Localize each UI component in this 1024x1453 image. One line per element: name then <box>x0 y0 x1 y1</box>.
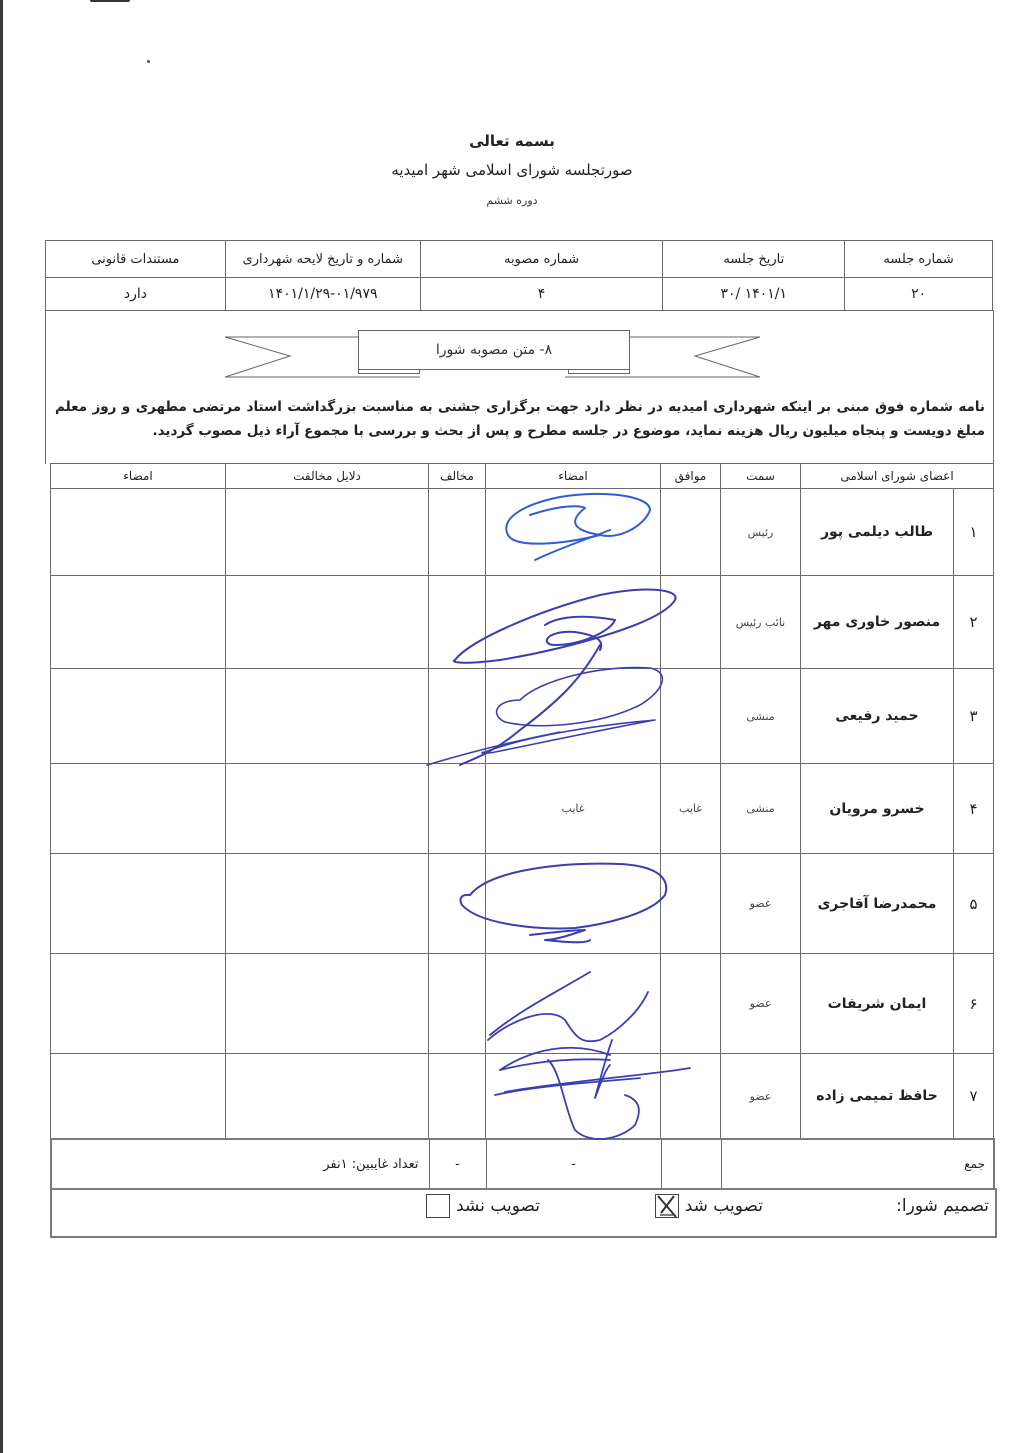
agree-cell-absent: غایب <box>661 764 721 854</box>
totals-table: جمع - - تعداد غايبين: ۱نفر <box>50 1138 995 1190</box>
absent-count: تعداد غايبين: ۱نفر <box>51 1139 429 1189</box>
signature-cell-absent: غایب <box>486 764 661 854</box>
rejected-checkbox[interactable] <box>426 1194 450 1218</box>
header-disagree-reasons: دلایل مخالفت <box>226 464 429 489</box>
member-row: ۶ ایمان شریفات عضو <box>51 954 994 1054</box>
member-role: عضو <box>721 854 801 954</box>
votes-header-row: اعضای شورای اسلامی سمت موافق امضاء مخالف… <box>51 464 994 489</box>
scan-speck <box>147 60 150 63</box>
disagree-cell <box>429 854 486 954</box>
option-rejected[interactable]: تصویب نشد <box>426 1194 540 1218</box>
agree-cell <box>661 1054 721 1139</box>
signature-cell <box>486 854 661 954</box>
disagree-cell <box>429 669 486 764</box>
header-members: اعضای شورای اسلامی <box>801 464 994 489</box>
member-number: ۴ <box>954 764 994 854</box>
signature-2-cell <box>51 576 226 669</box>
member-number: ۲ <box>954 576 994 669</box>
signature-cell <box>486 1054 661 1139</box>
option-approved[interactable]: تصویب شد <box>655 1194 763 1218</box>
session-date: ۱۴۰۱/۱ /۳۰ <box>663 278 845 311</box>
member-name: حمید رفیعی <box>801 669 954 764</box>
total-label: جمع <box>721 1139 994 1189</box>
member-number: ۷ <box>954 1054 994 1139</box>
meta-header-legal-basis: مستندات قانونی <box>46 241 226 278</box>
member-role: منشی <box>721 669 801 764</box>
totals-row: جمع - - تعداد غايبين: ۱نفر <box>51 1139 994 1189</box>
member-role: عضو <box>721 954 801 1054</box>
signature-2-cell <box>51 669 226 764</box>
disagree-reasons-cell <box>226 1054 429 1139</box>
disagree-reasons-cell <box>226 669 429 764</box>
member-name: محمدرضا آقاجری <box>801 854 954 954</box>
section-title: ۸- متن مصوبه شورا <box>358 330 630 370</box>
disagree-cell <box>429 489 486 576</box>
header-signature: امضاء <box>486 464 661 489</box>
member-row: ۵ محمدرضا آقاجری عضو <box>51 854 994 954</box>
meta-header-session-number: شماره جلسه <box>845 241 993 278</box>
option-approved-label: تصویب شد <box>685 1196 763 1216</box>
term-label: دوره ششم <box>0 194 1024 207</box>
disagree-reasons-cell <box>226 489 429 576</box>
disagree-cell <box>429 954 486 1054</box>
signature-2-cell <box>51 489 226 576</box>
meta-value-row: ۲۰ ۱۴۰۱/۱ /۳۰ ۴ ۱۴۰۱/۱/۲۹-۰۱/۹۷۹ دارد <box>46 278 993 311</box>
invocation-heading: بسمه تعالی <box>0 132 1024 150</box>
member-name: حافظ تمیمی زاده <box>801 1054 954 1139</box>
option-rejected-label: تصویب نشد <box>456 1196 540 1216</box>
approved-checkbox[interactable] <box>655 1194 679 1218</box>
signature-2-cell <box>51 854 226 954</box>
member-name: ایمان شریفات <box>801 954 954 1054</box>
disagree-reasons-cell <box>226 954 429 1054</box>
agree-cell <box>661 576 721 669</box>
disagree-total: - <box>429 1139 486 1189</box>
meta-header-session-date: تاریخ جلسه <box>663 241 845 278</box>
council-votes-table: اعضای شورای اسلامی سمت موافق امضاء مخالف… <box>50 463 994 1139</box>
agree-cell <box>661 489 721 576</box>
header-role: سمت <box>721 464 801 489</box>
agree-cell <box>661 954 721 1054</box>
member-number: ۱ <box>954 489 994 576</box>
member-number: ۶ <box>954 954 994 1054</box>
member-row: ۷ حافظ تمیمی زاده عضو <box>51 1054 994 1139</box>
signature-cell <box>486 489 661 576</box>
member-row: ۳ حمید رفیعی منشی <box>51 669 994 764</box>
signature-cell <box>486 669 661 764</box>
member-number: ۳ <box>954 669 994 764</box>
document-title: صورتجلسه شورای اسلامی شهر امیدیه <box>0 161 1024 179</box>
meta-header-resolution-number: شماره مصوبه <box>420 241 663 278</box>
section-banner: ۸- متن مصوبه شورا <box>220 325 765 383</box>
member-role: رئیس <box>721 489 801 576</box>
checked-x-icon <box>654 1193 680 1219</box>
decision-label: تصمیم شورا: <box>896 1196 989 1216</box>
council-decision: تصمیم شورا: تصویب شد تصویب نشد <box>50 1188 997 1238</box>
signature-cell <box>486 954 661 1054</box>
member-role: نائب رئیس <box>721 576 801 669</box>
signature-2-cell <box>51 954 226 1054</box>
legal-basis: دارد <box>46 278 226 311</box>
member-number: ۵ <box>954 854 994 954</box>
disagree-cell <box>429 764 486 854</box>
disagree-cell <box>429 1054 486 1139</box>
page-scan-mark <box>90 0 130 2</box>
resolution-text: نامه شماره فوق مبنی بر اینکه شهرداری امی… <box>55 395 985 443</box>
disagree-reasons-cell <box>226 854 429 954</box>
member-name: منصور خاوری مهر <box>801 576 954 669</box>
agree-total <box>661 1139 721 1189</box>
signature-2-cell <box>51 1054 226 1139</box>
signature-total: - <box>486 1139 661 1189</box>
session-number: ۲۰ <box>845 278 993 311</box>
member-name: طالب دیلمی پور <box>801 489 954 576</box>
member-name: خسرو مرویان <box>801 764 954 854</box>
header-disagree: مخالف <box>429 464 486 489</box>
resolution-number: ۴ <box>420 278 663 311</box>
meta-header-row: شماره جلسه تاریخ جلسه شماره مصوبه شماره … <box>46 241 993 278</box>
session-meta-table: شماره جلسه تاریخ جلسه شماره مصوبه شماره … <box>45 240 993 311</box>
disagree-reasons-cell <box>226 764 429 854</box>
signature-2-cell <box>51 764 226 854</box>
disagree-reasons-cell <box>226 576 429 669</box>
disagree-cell <box>429 576 486 669</box>
member-row: ۲ منصور خاوری مهر نائب رئیس <box>51 576 994 669</box>
header-agree: موافق <box>661 464 721 489</box>
page-scan-edge <box>0 0 3 1453</box>
signature-cell <box>486 576 661 669</box>
member-role: منشی <box>721 764 801 854</box>
meta-header-bill-number-date: شماره و تاریخ لایحه شهرداری <box>225 241 420 278</box>
agree-cell <box>661 669 721 764</box>
bill-number-date: ۱۴۰۱/۱/۲۹-۰۱/۹۷۹ <box>225 278 420 311</box>
header-signature-2: امضاء <box>51 464 226 489</box>
agree-cell <box>661 854 721 954</box>
member-role: عضو <box>721 1054 801 1139</box>
member-row: ۱ طالب دیلمی پور رئیس <box>51 489 994 576</box>
member-row: ۴ خسرو مرویان منشی غایب غایب <box>51 764 994 854</box>
